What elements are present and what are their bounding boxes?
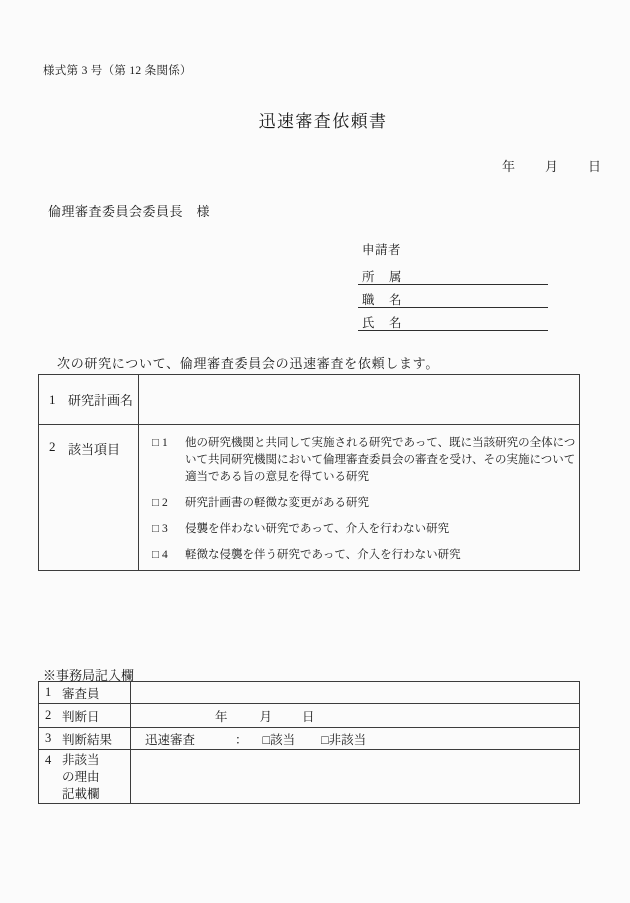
applicable-checkbox-option[interactable]: □該当 <box>263 730 296 748</box>
item-text: 侵襲を伴わない研究であって、介入を行わない研究 <box>185 521 577 538</box>
item-number: 2 <box>162 495 168 512</box>
decision-result-value-cell: 迅速審査 ： □該当 □非該当 <box>131 728 579 749</box>
checkbox-item-1: □ 1 他の研究機関と共同して実施される研究であって、既に当該研究の全体について… <box>152 435 577 486</box>
request-detail-table: 1 研究計画名 2 該当項目 □ 1 他の研究機関と共同して実施される研究であっ… <box>38 374 580 571</box>
research-plan-row: 1 研究計画名 <box>39 375 579 424</box>
reviewer-value-cell[interactable] <box>131 682 579 703</box>
decision-result-label-cell: 3 判断結果 <box>39 728 131 749</box>
job-title-field[interactable]: 職 名 <box>358 286 548 308</box>
applicant-heading: 申請者 <box>362 240 401 258</box>
checkbox-icon[interactable]: □ <box>152 435 159 486</box>
row-number: 2 <box>45 708 62 723</box>
item-number: 3 <box>162 521 168 538</box>
row-number: 1 <box>49 392 68 408</box>
reviewer-row: 1 審査員 <box>39 682 579 703</box>
decision-month-label[interactable]: 月 <box>260 707 273 725</box>
colon-separator: ： <box>235 730 248 748</box>
reason-label-cell: 4 非該当 の理由 記載欄 <box>39 750 131 803</box>
row-number: 1 <box>45 685 62 700</box>
affiliation-label: 所 属 <box>362 270 403 284</box>
applicable-items-label-cell: 2 該当項目 <box>39 425 139 570</box>
decision-day-label[interactable]: 日 <box>302 707 315 725</box>
checkbox-marker: □ 2 <box>152 495 185 512</box>
checkbox-icon[interactable]: □ <box>152 547 159 564</box>
row-number: 2 <box>49 439 68 455</box>
research-plan-label-cell: 1 研究計画名 <box>39 375 139 424</box>
checkbox-item-4: □ 4 軽微な侵襲を伴う研究であって、介入を行わない研究 <box>152 547 577 564</box>
decision-date-value-cell[interactable]: 年 月 日 <box>131 704 579 727</box>
office-use-table: 1 審査員 2 判断日 年 月 日 3 判断結果 迅速審査 ： <box>38 681 580 804</box>
affiliation-field[interactable]: 所 属 <box>358 263 548 285</box>
applicable-items-label: 該当項目 <box>68 439 120 458</box>
decision-date-label-cell: 2 判断日 <box>39 704 131 727</box>
row-number: 3 <box>45 731 62 746</box>
expedited-review-prefix: 迅速審査 <box>145 730 195 748</box>
row-number: 4 <box>45 752 62 769</box>
reason-label: 非該当 の理由 記載欄 <box>62 752 100 803</box>
item-text: 研究計画書の軽微な変更がある研究 <box>185 495 577 512</box>
reason-row: 4 非該当 の理由 記載欄 <box>39 749 579 803</box>
applicable-items-row: 2 該当項目 □ 1 他の研究機関と共同して実施される研究であって、既に当該研究… <box>39 424 579 570</box>
form-number: 様式第 3 号（第 12 条関係） <box>43 62 192 78</box>
reason-value-cell[interactable] <box>131 750 579 803</box>
request-sentence: 次の研究について、倫理審査委員会の迅速審査を依頼します。 <box>57 353 439 372</box>
item-text: 他の研究機関と共同して実施される研究であって、既に当該研究の全体について共同研究… <box>185 435 577 486</box>
expedited-review-request-form-page: 様式第 3 号（第 12 条関係） 迅速審査依頼書 年 月 日 倫理審査委員会委… <box>0 0 630 903</box>
checkbox-marker: □ 4 <box>152 547 185 564</box>
applicable-items-list: □ 1 他の研究機関と共同して実施される研究であって、既に当該研究の全体について… <box>139 425 579 570</box>
checkbox-icon[interactable]: □ <box>152 495 159 512</box>
checkbox-item-3: □ 3 侵襲を伴わない研究であって、介入を行わない研究 <box>152 521 577 538</box>
name-field[interactable]: 氏 名 <box>358 309 548 331</box>
research-plan-label: 研究計画名 <box>68 390 133 409</box>
item-number: 1 <box>162 435 168 486</box>
date-year-label[interactable]: 年 <box>502 156 515 175</box>
name-label: 氏 名 <box>362 316 403 330</box>
checkbox-item-2: □ 2 研究計画書の軽微な変更がある研究 <box>152 495 577 512</box>
date-month-label[interactable]: 月 <box>545 156 558 175</box>
reviewer-label: 審査員 <box>62 684 100 702</box>
checkbox-marker: □ 3 <box>152 521 185 538</box>
decision-result-row: 3 判断結果 迅速審査 ： □該当 □非該当 <box>39 727 579 749</box>
reviewer-label-cell: 1 審査員 <box>39 682 131 703</box>
checkbox-icon[interactable]: □ <box>152 521 159 538</box>
checkbox-marker: □ 1 <box>152 435 185 486</box>
date-day-label[interactable]: 日 <box>588 156 601 175</box>
job-title-label: 職 名 <box>362 293 403 307</box>
date-line: 年 月 日 <box>502 156 601 175</box>
research-plan-name-cell[interactable] <box>139 375 579 424</box>
document-title: 迅速審査依頼書 <box>0 107 630 132</box>
item-number: 4 <box>162 547 168 564</box>
decision-date-label: 判断日 <box>62 707 100 725</box>
not-applicable-checkbox-option[interactable]: □非該当 <box>321 730 366 748</box>
decision-year-label[interactable]: 年 <box>215 707 228 725</box>
decision-date-row: 2 判断日 年 月 日 <box>39 703 579 727</box>
decision-result-label: 判断結果 <box>62 730 112 748</box>
item-text: 軽微な侵襲を伴う研究であって、介入を行わない研究 <box>185 547 577 564</box>
addressee-line: 倫理審査委員会委員長 様 <box>48 201 210 220</box>
